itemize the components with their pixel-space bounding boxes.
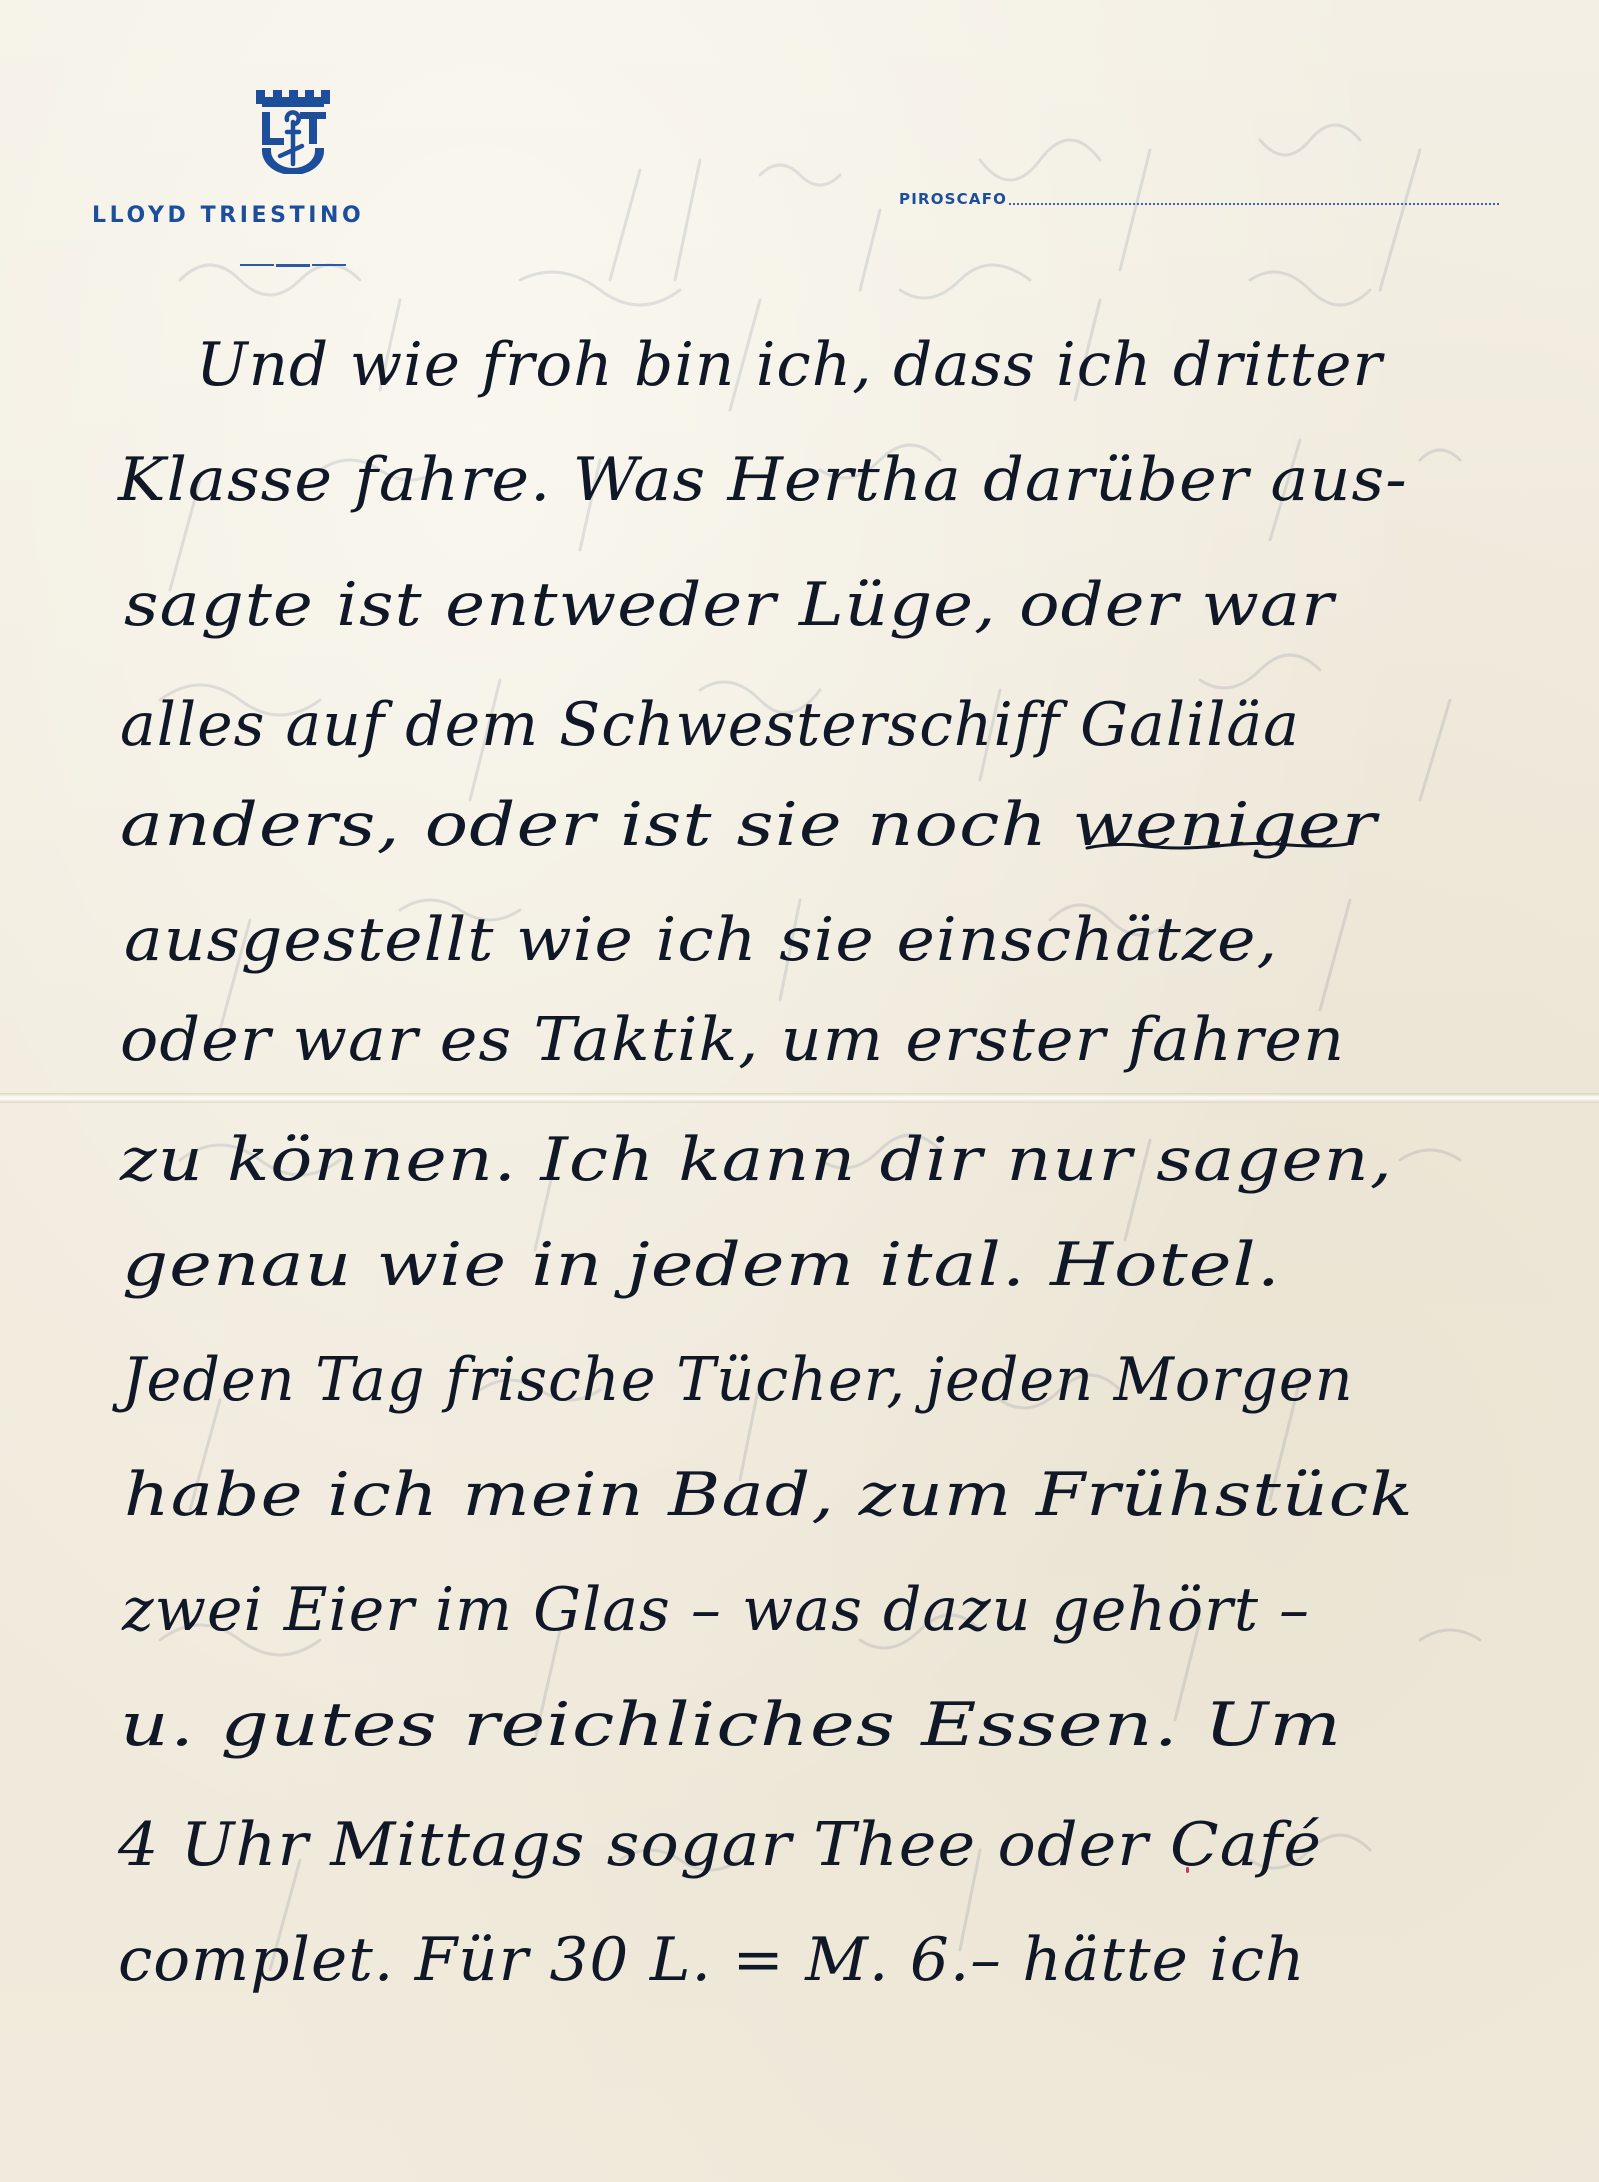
letter-line: Klasse fahre. Was Hertha darüber aus- bbox=[118, 445, 1408, 515]
letter-line: zwei Eier im Glas – was dazu gehört – bbox=[122, 1575, 1310, 1645]
letter-line: ausgestellt wie ich sie einschätze, bbox=[124, 905, 1278, 975]
letter-line: zu können. Ich kann dir nur sagen, bbox=[120, 1125, 1393, 1195]
letter-line: 4 Uhr Mittags sogar Thee oder Café bbox=[118, 1810, 1322, 1880]
letter-line: Jeden Tag frische Tücher, jeden Morgen bbox=[122, 1345, 1354, 1415]
letter-line: oder war es Taktik, um erster fahren bbox=[120, 1005, 1345, 1075]
letter-line: Und wie froh bin ich, dass ich dritter bbox=[196, 330, 1383, 400]
letter-line: complet. Für 30 L. = M. 6.– hätte ich bbox=[118, 1925, 1306, 1995]
letter-line: sagte ist entweder Lüge, oder war bbox=[124, 570, 1334, 640]
underline-stroke bbox=[1085, 840, 1350, 854]
letter-line: genau wie in jedem ital. Hotel. bbox=[122, 1230, 1281, 1300]
letter-line: alles auf dem Schwesterschiff Galiläa bbox=[120, 690, 1300, 760]
letter-line: u. gutes reichliches Essen. Um bbox=[120, 1690, 1342, 1760]
letter-line: habe ich mein Bad, zum Frühstück bbox=[124, 1460, 1414, 1530]
handwritten-letter-body: Und wie froh bin ich, dass ich dritter K… bbox=[0, 0, 1599, 2182]
ink-spot bbox=[1186, 1867, 1189, 1873]
